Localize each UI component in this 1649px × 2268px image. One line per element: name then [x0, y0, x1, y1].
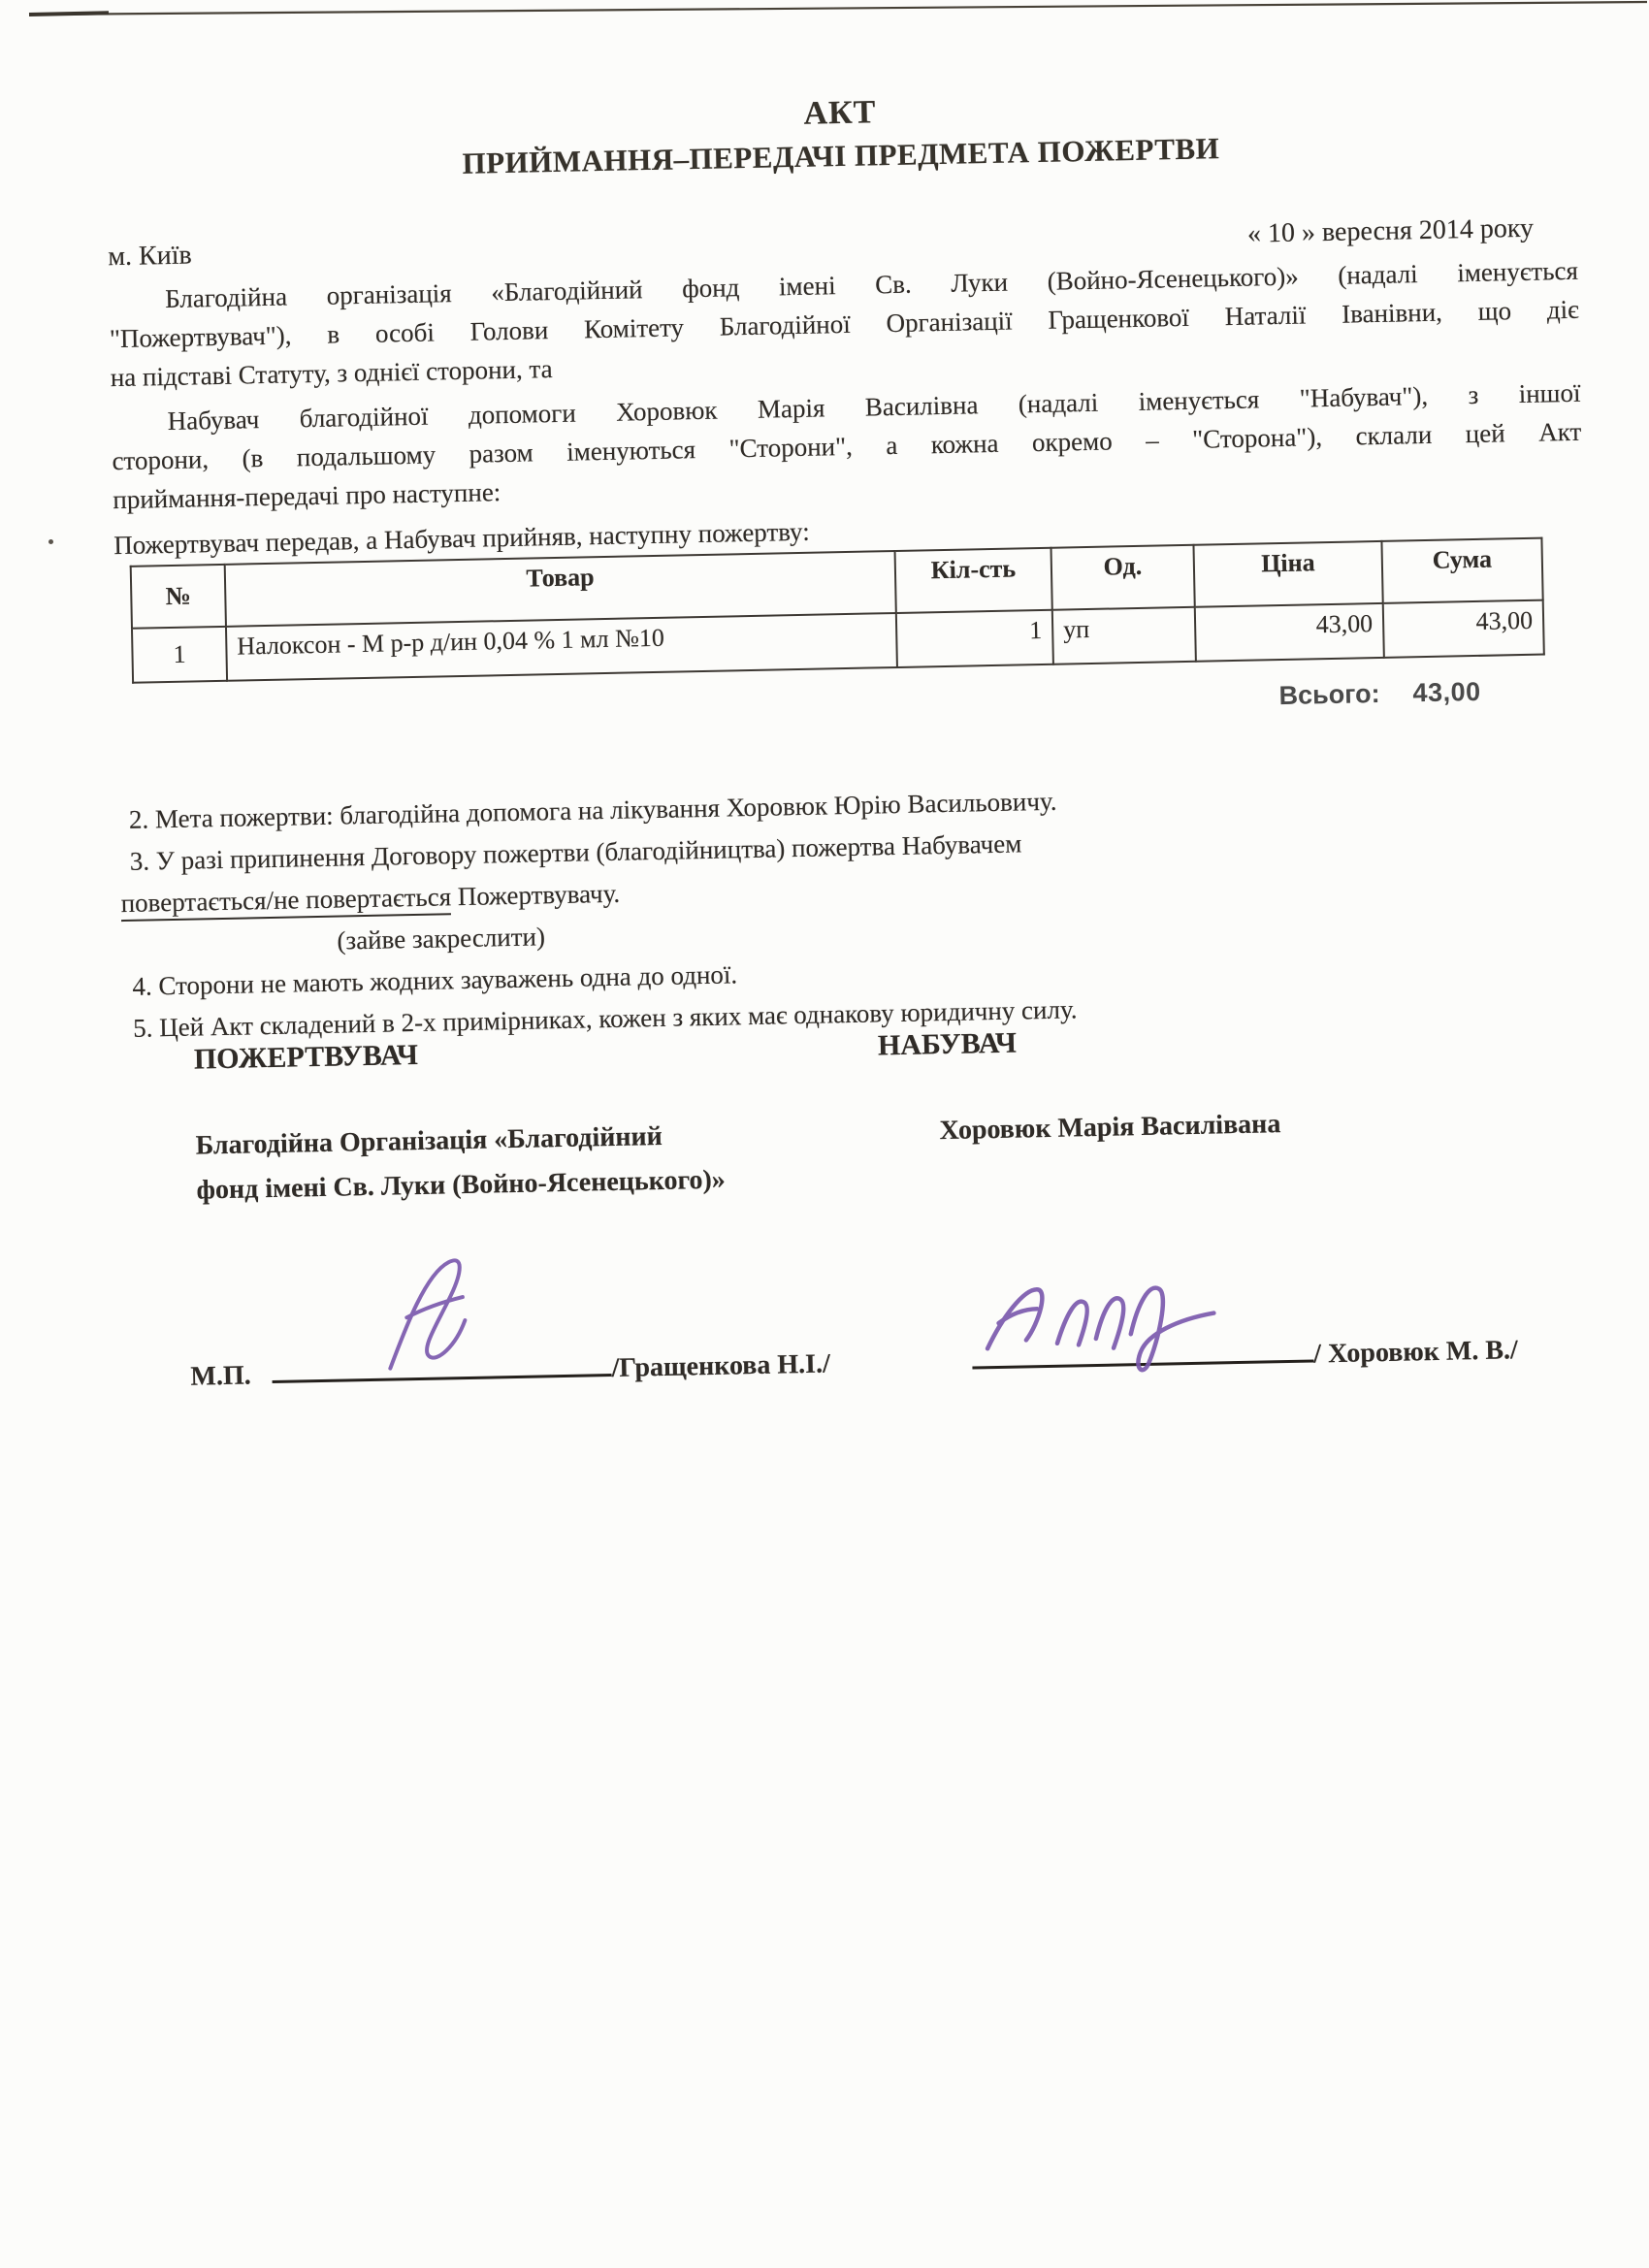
- recipient-signatory-name: / Хоровюк М. В./: [1313, 1335, 1518, 1369]
- clause-3-tail: Пожертвувачу.: [451, 879, 621, 911]
- paragraph-donor: Благодійна організація «Благодійний фонд…: [109, 251, 1580, 397]
- donor-signature-line: [272, 1337, 612, 1383]
- donor-party-name: Благодійна Організація «Благодійний фонд…: [195, 1113, 779, 1214]
- scanned-document-page: { "document": { "title_line1": "АКТ", "t…: [0, 0, 1649, 2268]
- cell-sum: 43,00: [1383, 600, 1544, 658]
- column-header-quantity: Кіл-сть: [895, 548, 1052, 613]
- donor-signatory-name: /Гращенкова Н.І./: [611, 1348, 830, 1383]
- total-row: Всього:43,00: [116, 672, 1481, 738]
- scan-speck-artifact: [48, 539, 53, 544]
- clause-3-underlined-option: повертається/не повертається: [120, 882, 451, 922]
- paragraph-recipient: Набувач благодійної допомоги Хоровюк Мар…: [111, 373, 1582, 519]
- cell-unit: уп: [1052, 607, 1196, 664]
- document-date: « 10 » вересня 2014 року: [1247, 209, 1578, 254]
- cell-number: 1: [132, 627, 227, 683]
- party-names-row: Благодійна Організація «Благодійний фонд…: [125, 1096, 1597, 1215]
- total-label: Всього:: [1278, 679, 1380, 710]
- document-body: АКТ ПРИЙМАННЯ–ПЕРЕДАЧІ ПРЕДМЕТА ПОЖЕРТВИ…: [104, 10, 1600, 1401]
- total-value: 43,00: [1412, 677, 1481, 707]
- recipient-signature-block: / Хоровюк М. В./: [972, 1318, 1518, 1380]
- cell-quantity: 1: [896, 610, 1053, 667]
- clauses-list: 2. Мета пожертви: благодійна допомога на…: [119, 770, 1594, 1050]
- city-label: м. Київ: [108, 236, 192, 276]
- signature-row: М.П./Гращенкова Н.І./ / Хоровюк М. В./: [130, 1317, 1600, 1401]
- recipient-signature-line: [972, 1322, 1314, 1369]
- seal-label: М.П.: [190, 1360, 251, 1391]
- column-header-sum: Сума: [1381, 538, 1542, 603]
- recipient-heading: НАБУВАЧ: [878, 1024, 1018, 1064]
- cell-price: 43,00: [1195, 603, 1384, 662]
- column-header-number: №: [131, 565, 226, 629]
- donor-signature-block: М.П./Гращенкова Н.І./: [190, 1333, 830, 1397]
- column-header-price: Ціна: [1193, 541, 1382, 607]
- recipient-party-name: Хоровюк Марія Василівана: [939, 1097, 1541, 1153]
- column-header-unit: Од.: [1051, 545, 1195, 610]
- donor-heading: ПОЖЕРТВУВАЧ: [194, 1036, 419, 1078]
